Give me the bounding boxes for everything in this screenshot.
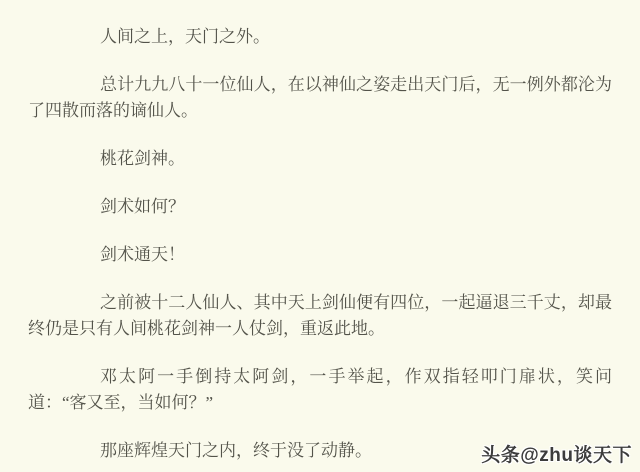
paragraph: 之前被十二人仙人、其中天上剑仙便有四位，一起逼退三千丈，却最终仍是只有人间桃花剑… [28, 290, 612, 342]
paragraph: 剑术如何？ [28, 194, 612, 220]
paragraph: 剑术通天！ [28, 242, 612, 268]
novel-reading-page: 人间之上，天门之外。 总计九九八十一位仙人，在以神仙之姿走出天门后，无一例外都沦… [0, 0, 640, 472]
paragraph: 总计九九八十一位仙人，在以神仙之姿走出天门后，无一例外都沦为了四散而落的谪仙人。 [28, 72, 612, 124]
paragraph: 人间之上，天门之外。 [28, 24, 612, 50]
paragraph: 邓太阿一手倒持太阿剑，一手举起，作双指轻叩门扉状，笑问道：“客又至，当如何？” [28, 364, 612, 416]
paragraph: 桃花剑神。 [28, 146, 612, 172]
toutiao-watermark: 头条@zhu谈天下 [481, 440, 632, 467]
